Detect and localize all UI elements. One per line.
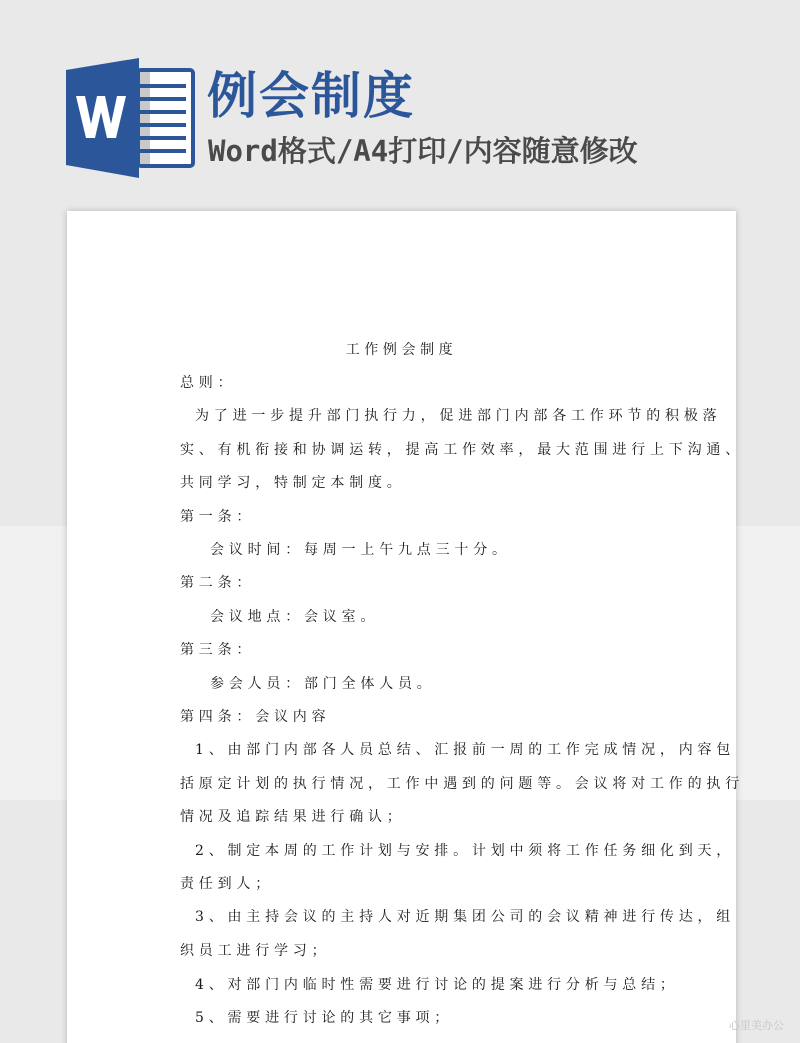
- paragraph-line: 为了进一步提升部门执行力，促进部门内部各工作环节的积极落: [195, 406, 721, 426]
- article-content-2: 会议地点：会议室。: [210, 607, 379, 627]
- list-item-5: 5、需要进行讨论的其它事项；: [195, 1008, 453, 1028]
- section-heading-general: 总则：: [180, 373, 236, 393]
- list-item-3-line: 3、由主持会议的主持人对近期集团公司的会议精神进行传达，组: [195, 907, 735, 927]
- paragraph-line: 实、有机衔接和协调运转，提高工作效率，最大范围进行上下沟通、: [180, 440, 744, 460]
- list-item-1-line: 括原定计划的执行情况，工作中遇到的问题等。会议将对工作的执行: [180, 774, 744, 794]
- article-heading-2: 第二条：: [180, 573, 255, 593]
- document-title: 工作例会制度: [67, 340, 736, 360]
- article-heading-3: 第三条：: [180, 640, 255, 660]
- list-item-2-line: 2、制定本周的工作计划与安排。计划中须将工作任务细化到天，: [195, 841, 735, 861]
- list-item-3-line: 织员工进行学习；: [180, 941, 330, 961]
- paragraph-line: 共同学习，特制定本制度。: [180, 473, 406, 493]
- word-document-icon: [66, 56, 196, 180]
- list-item-1-line: 情况及追踪结果进行确认；: [180, 807, 406, 827]
- list-item-2-line: 责任到人；: [180, 874, 274, 894]
- article-heading-4: 第四条：会议内容: [180, 707, 330, 727]
- banner-title: 例会制度: [207, 66, 415, 126]
- list-item-1-line: 1、由部门内部各人员总结、汇报前一周的工作完成情况，内容包: [195, 740, 735, 760]
- list-item-4: 4、对部门内临时性需要进行讨论的提案进行分析与总结；: [195, 975, 679, 995]
- article-content-3: 参会人员：部门全体人员。: [210, 674, 436, 694]
- document-page: 工作例会制度 总则： 为了进一步提升部门执行力，促进部门内部各工作环节的积极落 …: [67, 211, 736, 1043]
- banner-subtitle: Word格式/A4打印/内容随意修改: [208, 131, 638, 171]
- article-content-1: 会议时间：每周一上午九点三十分。: [210, 540, 511, 560]
- watermark: 心里美办公: [729, 1017, 784, 1033]
- article-heading-1: 第一条：: [180, 507, 255, 527]
